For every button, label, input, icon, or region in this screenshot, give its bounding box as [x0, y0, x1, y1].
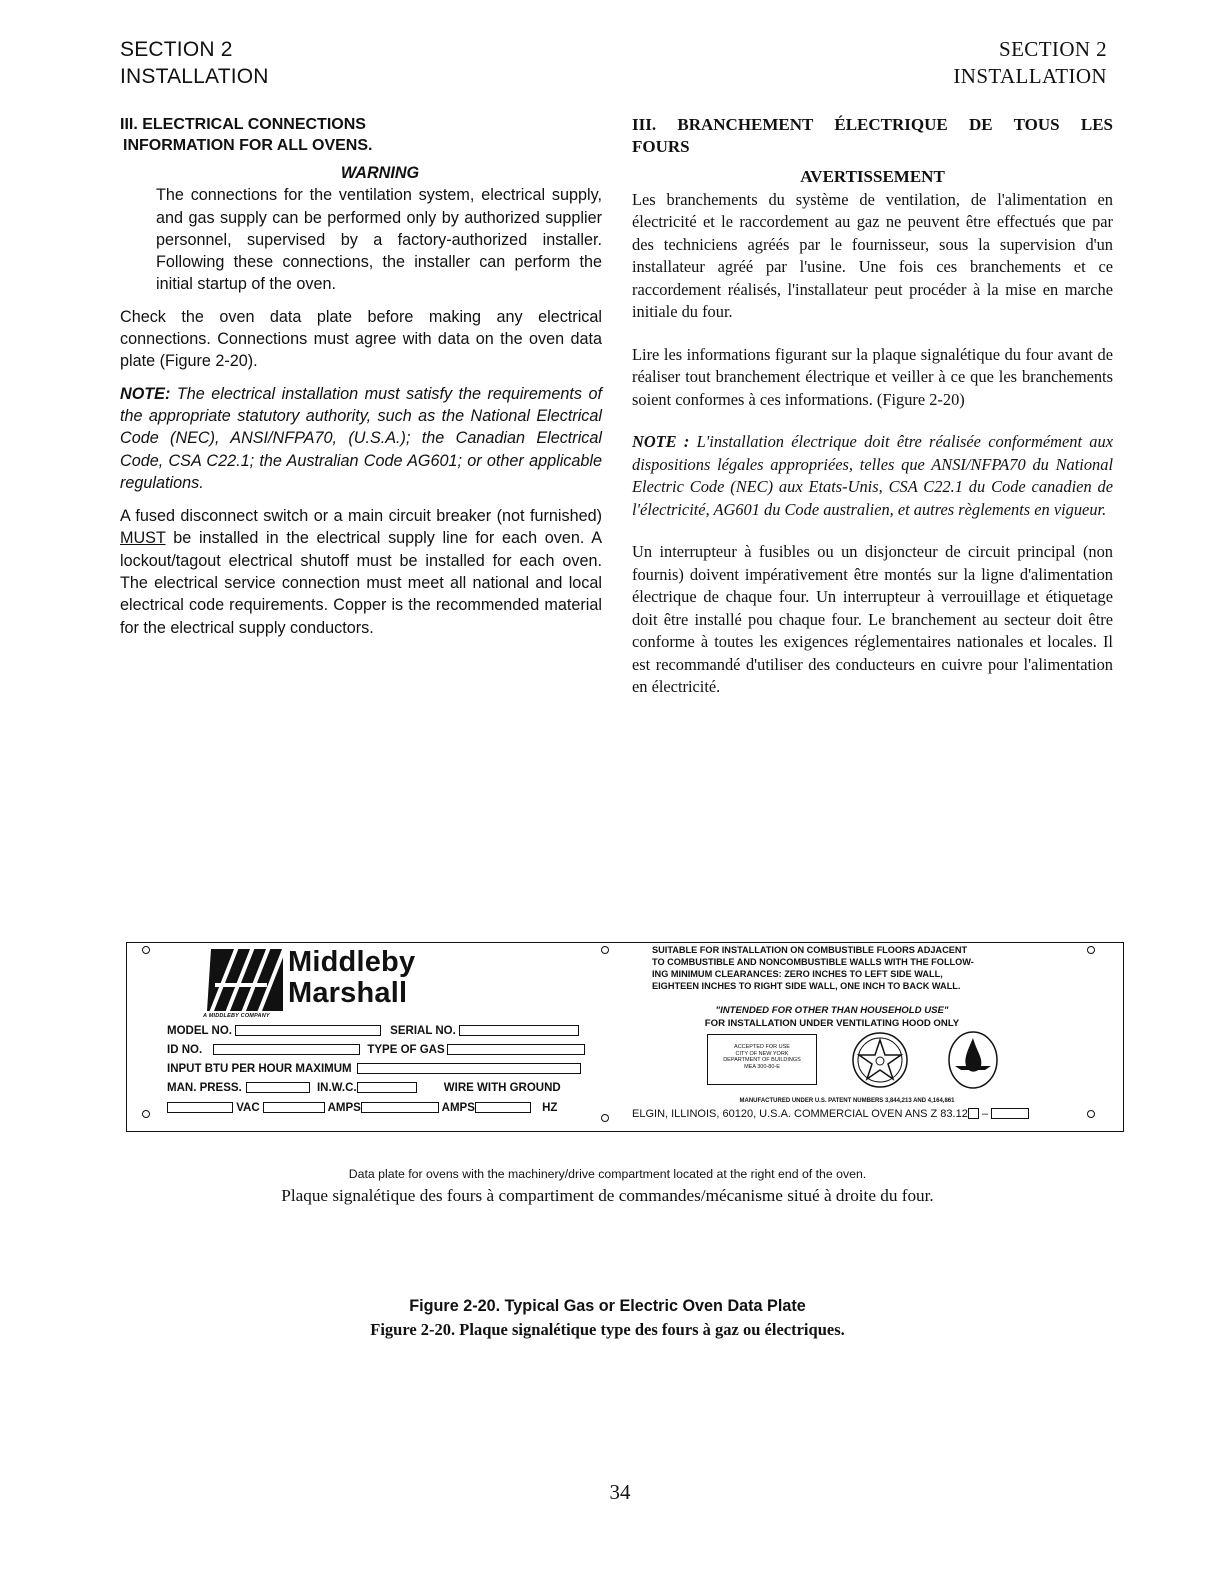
section-number: SECTION 2 — [120, 36, 269, 63]
warning-body: Les branchements du système de ventilati… — [632, 189, 1113, 324]
hood-notice: FOR INSTALLATION UNDER VENTILATING HOOD … — [607, 1018, 1057, 1030]
figure-title-french: Figure 2-20. Plaque signalétique type de… — [0, 1320, 1215, 1340]
brand-tagline: A MIDDLEBY COMPANY — [203, 1013, 270, 1019]
note-body: L'installation électrique doit être réal… — [632, 432, 1113, 519]
mounting-hole-icon — [601, 1114, 609, 1122]
stamp-line: DEPARTMENT OF BUILDINGS — [708, 1057, 816, 1064]
id-no-label: ID NO. — [167, 1044, 202, 1056]
man-press-field — [246, 1082, 310, 1093]
warning-title: AVERTISSEMENT — [632, 166, 1113, 189]
amps-label: AMPS — [442, 1102, 475, 1114]
address-text: ELGIN, ILLINOIS, 60120, U.S.A. COMMERCIA… — [632, 1108, 968, 1120]
plate-row-model-serial: MODEL NO. SERIAL NO. — [167, 1024, 579, 1038]
warning-title: WARNING — [120, 162, 602, 184]
brand-line: Middleby — [288, 947, 415, 978]
hz-label: HZ — [542, 1102, 557, 1114]
serial-no-label: SERIAL NO. — [390, 1025, 456, 1037]
middleby-marshall-logo-icon — [207, 949, 283, 1011]
amps-label: AMPS — [328, 1102, 361, 1114]
mounting-hole-icon — [142, 946, 150, 954]
note-body: The electrical installation must satisfy… — [120, 385, 602, 492]
mounting-hole-icon — [1087, 1110, 1095, 1118]
english-column: III. ELECTRICAL CONNECTIONS INFORMATION … — [120, 114, 602, 639]
paragraph-text: be installed in the electrical supply li… — [120, 529, 602, 636]
hz-field — [475, 1102, 531, 1113]
man-press-label: MAN. PRESS. — [167, 1082, 242, 1094]
model-no-label: MODEL NO. — [167, 1025, 232, 1037]
paragraph-text: A fused disconnect switch or a main circ… — [120, 507, 602, 525]
model-no-field — [235, 1025, 381, 1036]
brand-name: Middleby Marshall — [288, 947, 415, 1009]
check-data-plate-paragraph: Lire les informations figurant sur la pl… — [632, 344, 1113, 412]
note-label: NOTE: — [120, 385, 170, 403]
mounting-hole-icon — [142, 1110, 150, 1118]
clearance-line: SUITABLE FOR INSTALLATION ON COMBUSTIBLE… — [652, 944, 1092, 956]
brand-line: Marshall — [288, 978, 415, 1009]
standard-code-field — [991, 1108, 1029, 1119]
household-notice: "INTENDED FOR OTHER THAN HOUSEHOLD USE" — [607, 1005, 1057, 1017]
input-btu-label: INPUT BTU PER HOUR MAXIMUM — [167, 1063, 352, 1075]
note-paragraph: NOTE : L'installation électrique doit êt… — [632, 431, 1113, 521]
clearance-line: TO COMBUSTIBLE AND NONCOMBUSTIBLE WALLS … — [652, 956, 1092, 968]
heading-line: III. BRANCHEMENT ÉLECTRIQUE DE TOUS LES — [632, 114, 1113, 136]
volts-field — [167, 1102, 233, 1113]
oven-data-plate: Middleby Marshall A MIDDLEBY COMPANY MOD… — [126, 942, 1124, 1132]
clearance-line: EIGHTEEN INCHES TO RIGHT SIDE WALL, ONE … — [652, 980, 1092, 992]
note-label: NOTE : — [632, 432, 689, 451]
plate-caption-english: Data plate for ovens with the machinery/… — [0, 1167, 1215, 1181]
plate-row-pressure: MAN. PRESS. IN.W.C. WIRE WITH GROUND — [167, 1081, 561, 1095]
standard-suffix-field — [968, 1108, 979, 1119]
mounting-hole-icon — [601, 946, 609, 954]
vac-label: VAC — [236, 1102, 259, 1114]
section-number: SECTION 2 — [953, 36, 1107, 63]
input-btu-field — [357, 1063, 581, 1074]
wire-with-ground-label: WIRE WITH GROUND — [444, 1082, 561, 1094]
note-paragraph: NOTE: The electrical installation must s… — [120, 383, 602, 494]
plate-row-id-gas: ID NO. TYPE OF GAS — [167, 1043, 585, 1057]
type-of-gas-field — [447, 1044, 585, 1055]
stamp-line: MEA 300-80-E — [708, 1064, 816, 1071]
section-header-right: SECTION 2 INSTALLATION — [953, 36, 1107, 90]
certification-flame-seal-icon — [947, 1030, 999, 1090]
heading-line: INFORMATION FOR ALL OVENS. — [120, 135, 602, 156]
certification-star-seal-icon — [851, 1030, 909, 1090]
plate-caption-french: Plaque signalétique des fours à comparti… — [0, 1186, 1215, 1206]
dash: – — [982, 1108, 988, 1120]
page-number: 34 — [0, 1480, 1215, 1505]
clearance-line: ING MINIMUM CLEARANCES: ZERO INCHES TO L… — [652, 968, 1092, 980]
check-data-plate-paragraph: Check the oven data plate before making … — [120, 306, 602, 373]
warning-body: The connections for the ventilation syst… — [120, 184, 602, 295]
french-column: III. BRANCHEMENT ÉLECTRIQUE DE TOUS LES … — [632, 114, 1113, 699]
heading-line: FOURS — [632, 136, 1113, 158]
in-wc-field — [357, 1082, 417, 1093]
plate-row-btu: INPUT BTU PER HOUR MAXIMUM — [167, 1062, 581, 1076]
serial-no-field — [459, 1025, 579, 1036]
section-title: INSTALLATION — [953, 63, 1107, 90]
section-title: INSTALLATION — [120, 63, 269, 90]
plate-row-electrical: VAC AMPS AMPS HZ — [167, 1101, 557, 1115]
disconnect-switch-paragraph: Un interrupteur à fusibles ou un disjonc… — [632, 541, 1113, 699]
amps-field-1 — [263, 1102, 325, 1113]
heading-line: III. ELECTRICAL CONNECTIONS — [120, 114, 602, 135]
section-heading: III. BRANCHEMENT ÉLECTRIQUE DE TOUS LES … — [632, 114, 1113, 158]
manufacturer-address-line: ELGIN, ILLINOIS, 60120, U.S.A. COMMERCIA… — [632, 1108, 1029, 1121]
amps-field-2 — [361, 1102, 439, 1113]
type-of-gas-label: TYPE OF GAS — [367, 1044, 444, 1056]
patent-notice: MANUFACTURED UNDER U.S. PATENT NUMBERS 3… — [667, 1098, 1027, 1104]
section-heading: III. ELECTRICAL CONNECTIONS INFORMATION … — [120, 114, 602, 156]
id-no-field — [213, 1044, 360, 1055]
disconnect-switch-paragraph: A fused disconnect switch or a main circ… — [120, 505, 602, 639]
in-wc-label: IN.W.C. — [317, 1082, 357, 1094]
section-header-left: SECTION 2 INSTALLATION — [120, 36, 269, 90]
must-emphasis: MUST — [120, 529, 166, 547]
clearance-notice: SUITABLE FOR INSTALLATION ON COMBUSTIBLE… — [652, 944, 1092, 992]
figure-title-english: Figure 2-20. Typical Gas or Electric Ove… — [0, 1297, 1215, 1316]
nyc-acceptance-stamp: ACCEPTED FOR USE CITY OF NEW YORK DEPART… — [707, 1034, 817, 1085]
